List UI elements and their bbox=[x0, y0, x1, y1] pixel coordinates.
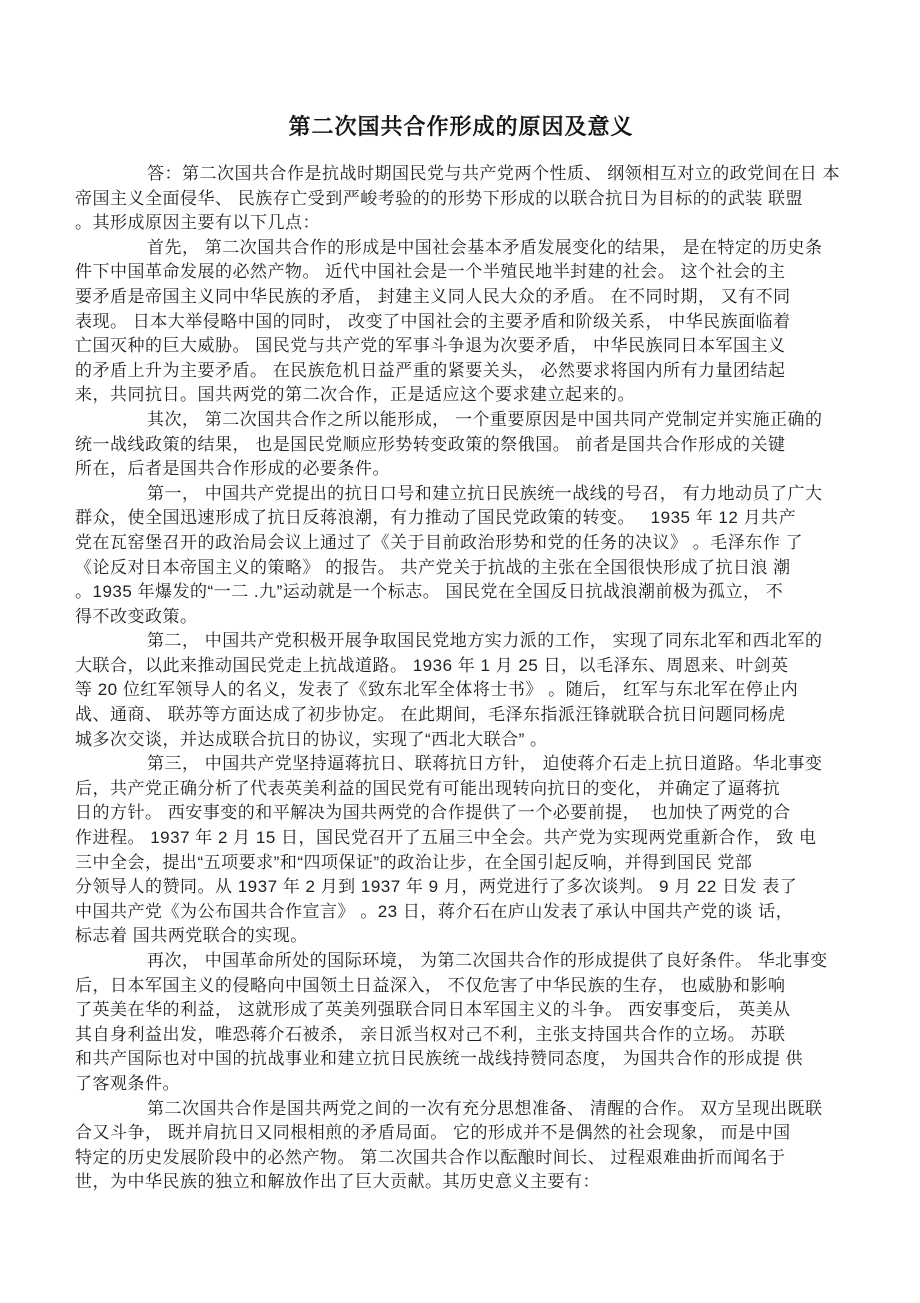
paragraph-point-three: 第三， 中国共产党坚持逼蒋抗日、联蒋抗日方针， 迫使蒋介石走上抗日道路。华北事变… bbox=[75, 752, 847, 949]
document-content: 第二次国共合作形成的原因及意义 答：第二次国共合作是抗战时期国民党与共产党两个性… bbox=[75, 112, 847, 1195]
paragraph-point-one: 第一， 中国共产党提出的抗日口号和建立抗日民族统一战线的号召， 有力地动员了广大… bbox=[75, 482, 847, 630]
document-title: 第二次国共合作形成的原因及意义 bbox=[75, 112, 847, 142]
paragraph-point-two: 第二， 中国共产党积极开展争取国民党地方实力派的工作， 实现了同东北军和西北军的… bbox=[75, 629, 847, 752]
paragraph-first-reason: 首先， 第二次国共合作的形成是中国社会基本矛盾发展变化的结果， 是在特定的历史条… bbox=[75, 236, 847, 408]
paragraph-answer-intro: 答：第二次国共合作是抗战时期国民党与共产党两个性质、 纲领相互对立的政党间在日 … bbox=[75, 162, 847, 236]
document-page: 第二次国共合作形成的原因及意义 答：第二次国共合作是抗战时期国民党与共产党两个性… bbox=[0, 0, 920, 1303]
paragraph-international-context: 再次， 中国革命所处的国际环境， 为第二次国共合作的形成提供了良好条件。 华北事… bbox=[75, 949, 847, 1097]
paragraph-conclusion: 第二次国共合作是国共两党之间的一次有充分思想准备、 清醒的合作。 双方呈现出既联… bbox=[75, 1097, 847, 1195]
paragraph-second-reason: 其次， 第二次国共合作之所以能形成， 一个重要原因是中国共同产党制定并实施正确的… bbox=[75, 408, 847, 482]
